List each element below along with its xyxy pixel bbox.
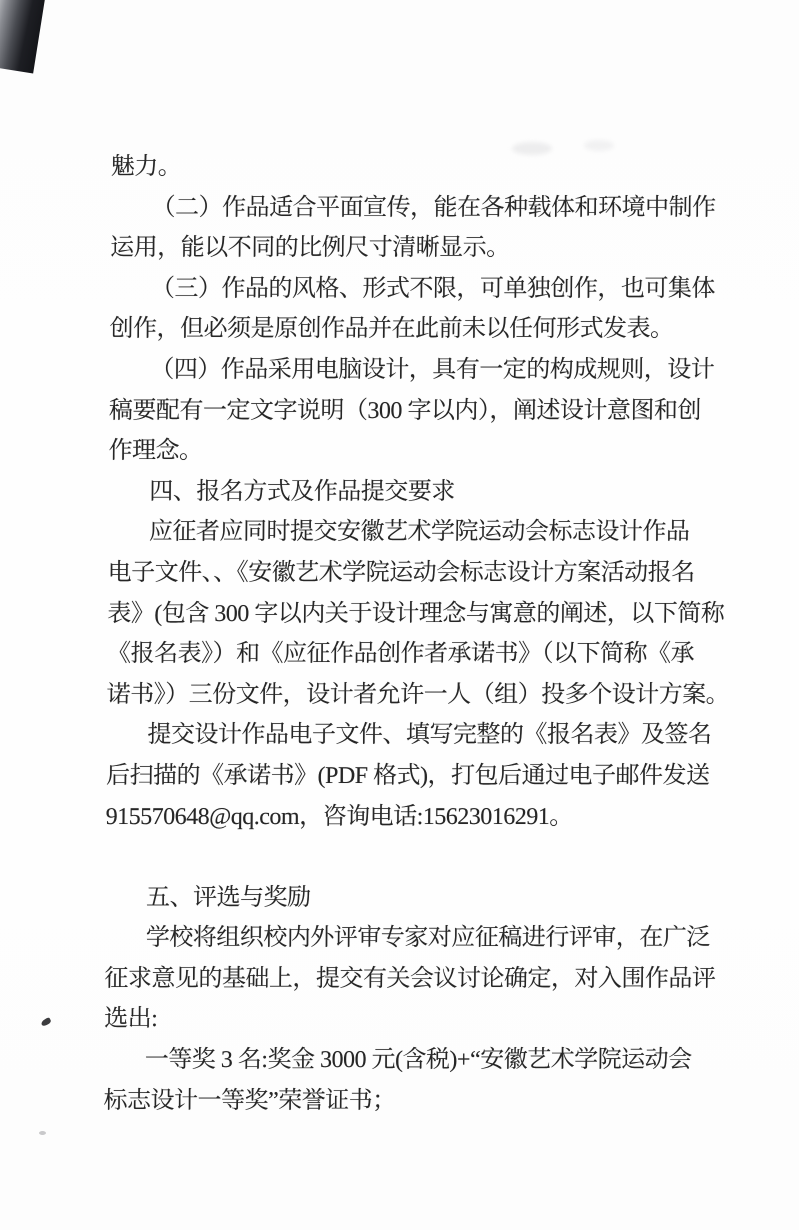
text-line: 征求意见的基础上，提交有关会议讨论确定，对入围作品评	[104, 959, 714, 1000]
text-line: 创作，但必须是原创作品并在此前未以任何形式发表。	[109, 309, 719, 350]
section-heading: 五、评选与奖励	[105, 878, 715, 919]
text-line: 作理念。	[108, 431, 718, 472]
text-line: 后扫描的《承诺书》(PDF 格式)，打包后通过电子邮件发送	[106, 756, 716, 797]
text-line: 运用，能以不同的比例尺寸清晰显示。	[110, 228, 720, 269]
text-line: 稿要配有一定文字说明（300 字以内），阐述设计意图和创	[109, 391, 719, 432]
document-page: 魅力。（二）作品适合平面宣传，能在各种载体和环境中制作运用，能以不同的比例尺寸清…	[0, 0, 799, 1230]
ink-speck	[39, 1131, 46, 1135]
text-line: 915570648@qq.com，咨询电话:15623016291。	[106, 797, 716, 838]
text-line: （三）作品的风格、形式不限，可单独创作，也可集体	[110, 269, 720, 310]
text-line: （四）作品采用电脑设计，具有一定的构成规则，设计	[109, 350, 719, 391]
text-line: 表》(包含 300 字以内关于设计理念与寓意的阐述，以下简称	[107, 594, 717, 635]
text-line: 应征者应同时提交安徽艺术学院运动会标志设计作品	[108, 512, 718, 553]
text-line: （二）作品适合平面宣传，能在各种载体和环境中制作	[110, 188, 720, 229]
text-line: 提交设计作品电子文件、填写完整的《报名表》及签名	[106, 715, 716, 756]
text-line: 选出:	[104, 999, 714, 1040]
section-heading: 四、报名方式及作品提交要求	[108, 472, 718, 513]
scan-corner-shadow-artifact	[0, 0, 45, 73]
text-line: 一等奖 3 名:奖金 3000 元(含税)+“安徽艺术学院运动会	[104, 1040, 714, 1081]
text-line: 电子文件、、《安徽艺术学院运动会标志设计方案活动报名	[107, 553, 717, 594]
ink-speck	[40, 1017, 52, 1027]
text-line: 《报名表》）和《应征作品创作者承诺书》（以下简称《承	[107, 634, 717, 675]
text-line: 标志设计一等奖”荣誉证书；	[103, 1081, 713, 1122]
document-text-block: 魅力。（二）作品适合平面宣传，能在各种载体和环境中制作运用，能以不同的比例尺寸清…	[103, 147, 721, 1121]
text-line: 魅力。	[111, 147, 721, 188]
blank-line	[105, 837, 715, 878]
text-line: 诺书》）三份文件，设计者允许一人（组）投多个设计方案。	[107, 675, 717, 716]
text-line: 学校将组织校内外评审专家对应征稿进行评审，在广泛	[105, 918, 715, 959]
